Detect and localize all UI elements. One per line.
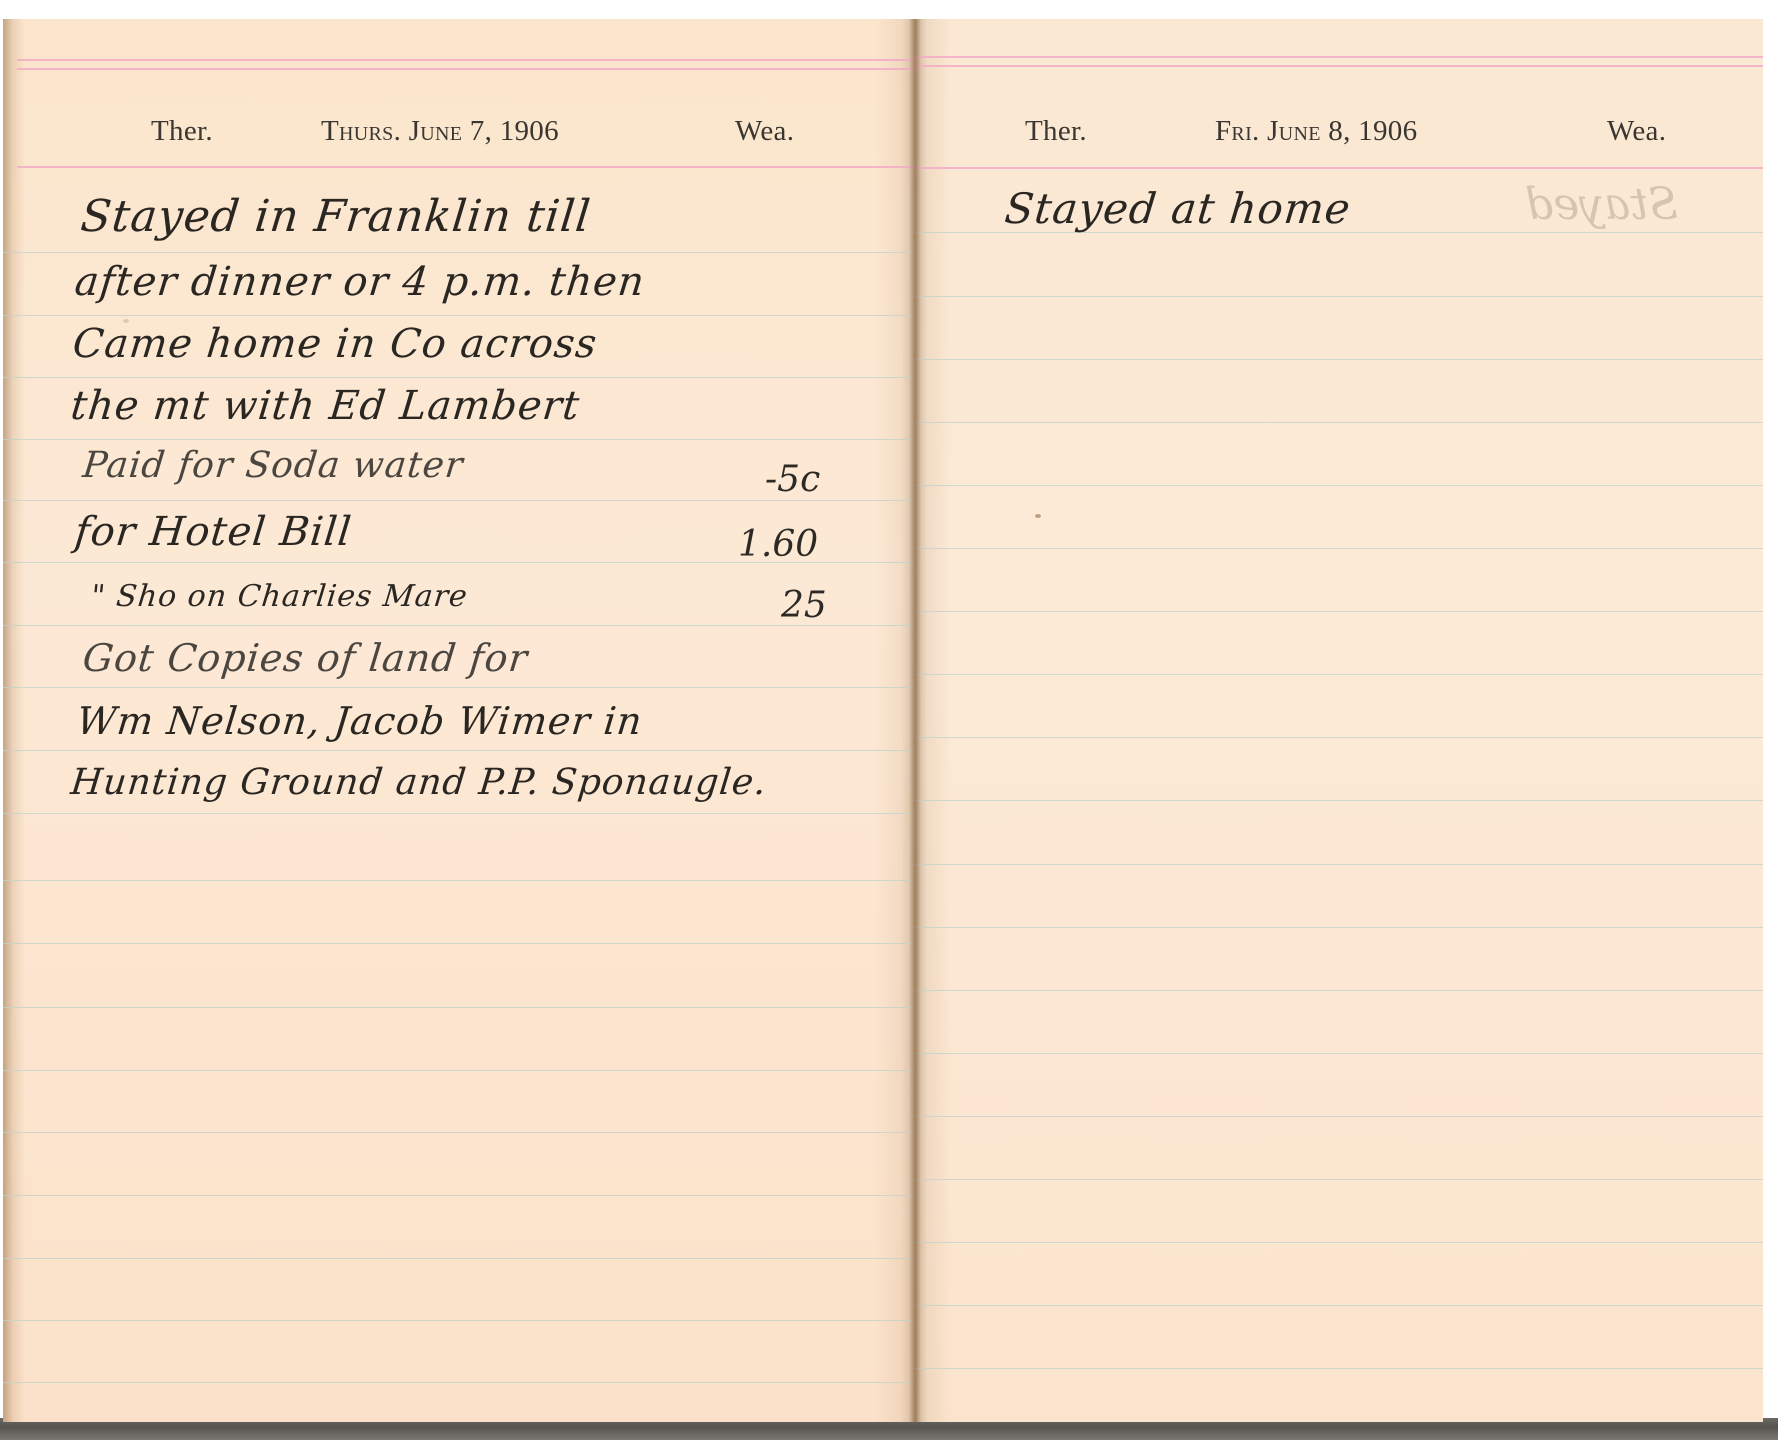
header-pink-rule-second [915, 65, 1763, 67]
ruled-line [915, 611, 1763, 612]
ruled-line [3, 1320, 915, 1321]
ther-label: Ther. [151, 115, 213, 148]
entry-line: the mt with Ed Lambert [69, 383, 583, 429]
header-pink-rule-top [915, 56, 1763, 58]
ruled-line [915, 737, 1763, 738]
entry-line: Got Copies of land for [81, 636, 531, 680]
ruled-line [915, 927, 1763, 928]
ruled-line [3, 252, 915, 253]
right-page: Ther. Fri. June 8, 1906 Wea. Stayed at h… [915, 19, 1763, 1422]
header-pink-rule-second [17, 68, 915, 70]
entry-line: after dinner or 4 p.m. then [73, 259, 648, 305]
entry-line: Stayed at home [1002, 184, 1353, 233]
ruled-line [915, 800, 1763, 801]
ruled-line [3, 880, 915, 881]
bleed-through-text: Stayed [1525, 179, 1678, 230]
header-pink-rule-bottom [17, 166, 915, 168]
ruled-line [3, 439, 915, 440]
entry-line: Wm Nelson, Jacob Wimer in [75, 699, 645, 743]
ruled-line [3, 1382, 915, 1383]
ruled-line [915, 1179, 1763, 1180]
entry-line: Came home in Co across [71, 321, 600, 367]
ruled-line [3, 1258, 915, 1259]
expense-item: " Sho on Charlies Mare [89, 579, 469, 614]
entry-line: Hunting Ground and P.P. Sponaugle. [69, 762, 769, 803]
ruled-line [915, 485, 1763, 486]
ruled-line [915, 359, 1763, 360]
page-date: Thurs. June 7, 1906 [321, 115, 559, 148]
book-spine [909, 19, 921, 1422]
ruled-line [915, 1305, 1763, 1306]
ruled-line [3, 500, 915, 501]
expense-item: for Hotel Bill [73, 509, 355, 555]
ruled-line [3, 1070, 915, 1071]
ruled-line [3, 750, 915, 751]
entry-line: Stayed in Franklin till [78, 191, 593, 242]
page-date: Fri. June 8, 1906 [1215, 115, 1417, 148]
wea-label: Wea. [1607, 115, 1666, 148]
header-pink-rule-bottom [915, 167, 1763, 169]
ruled-line [915, 990, 1763, 991]
left-page: Ther. Thurs. June 7, 1906 Wea. Stayed in… [3, 19, 915, 1422]
header-pink-rule-top [17, 59, 915, 61]
ruled-line [915, 296, 1763, 297]
ruled-line [915, 422, 1763, 423]
ruled-line [3, 377, 915, 378]
ruled-line [915, 1242, 1763, 1243]
expense-item: Paid for Soda water [81, 445, 466, 486]
expense-amount: -5c [765, 459, 820, 500]
ruled-line [3, 315, 915, 316]
ruled-line [915, 674, 1763, 675]
ruled-line [3, 687, 915, 688]
ruled-line [3, 1007, 915, 1008]
expense-amount: 1.60 [738, 524, 818, 565]
ink-speck [123, 319, 129, 323]
ruled-line [3, 625, 915, 626]
expense-amount: 25 [781, 585, 827, 626]
ruled-line [915, 1116, 1763, 1117]
ruled-line [3, 813, 915, 814]
ther-label: Ther. [1025, 115, 1087, 148]
ruled-line [915, 864, 1763, 865]
ruled-line [915, 548, 1763, 549]
ink-speck [1035, 514, 1041, 518]
ruled-line [3, 943, 915, 944]
ruled-line [915, 1053, 1763, 1054]
ruled-line [3, 1195, 915, 1196]
ruled-line [915, 1368, 1763, 1369]
ruled-line [3, 1132, 915, 1133]
wea-label: Wea. [735, 115, 794, 148]
